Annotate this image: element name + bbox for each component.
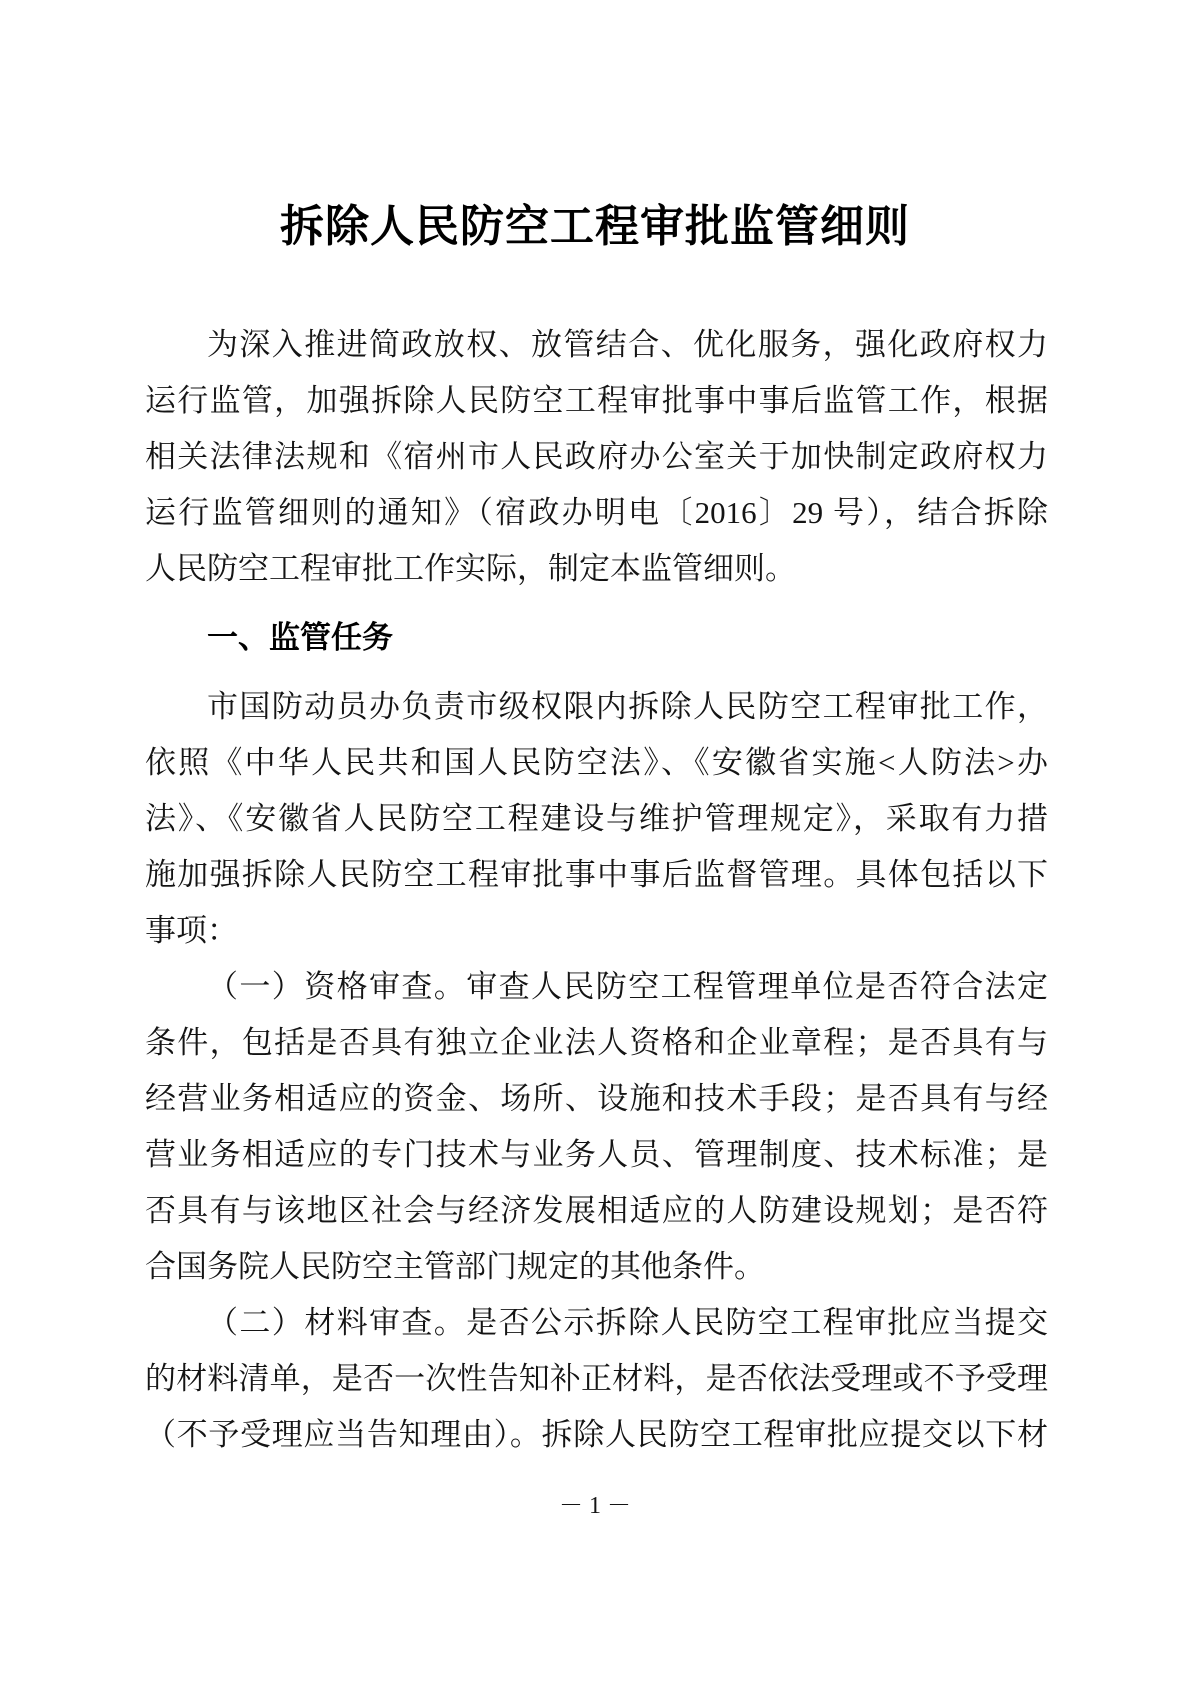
paragraph: 市国防动员办负责市级权限内拆除人民防空工程审批工作，依照《中华人民共和国人民防空…: [145, 679, 1048, 959]
text-line: 法》、《安徽省人民防空工程建设与维护管理规定》，采取有力措: [145, 791, 1048, 847]
text-line: 条件，包括是否具有独立企业法人资格和企业章程；是否具有与: [145, 1015, 1048, 1071]
text-line: 市国防动员办负责市级权限内拆除人民防空工程审批工作，: [145, 679, 1048, 735]
text-line: 依照《中华人民共和国人民防空法》、《安徽省实施<人防法>办: [145, 735, 1048, 791]
page-number: － 1 －: [0, 1492, 1190, 1520]
document-page: 拆除人民防空工程审批监管细则 为深入推进简政放权、放管结合、优化服务，强化政府权…: [0, 0, 1190, 1683]
text-line: 事项：: [145, 903, 1048, 959]
text-line: 合国务院人民防空主管部门规定的其他条件。: [145, 1239, 1048, 1295]
text-line: （不予受理应当告知理由）。拆除人民防空工程审批应提交以下材: [145, 1407, 1048, 1463]
text-line: 的材料清单，是否一次性告知补正材料，是否依法受理或不予受理: [145, 1351, 1048, 1407]
text-line: 相关法律法规和《宿州市人民政府办公室关于加快制定政府权力: [145, 429, 1048, 485]
text-line: 运行监管，加强拆除人民防空工程审批事中事后监管工作，根据: [145, 373, 1048, 429]
text-line: 为深入推进简政放权、放管结合、优化服务，强化政府权力: [145, 317, 1048, 373]
text-line: 施加强拆除人民防空工程审批事中事后监督管理。具体包括以下: [145, 847, 1048, 903]
text-line: 经营业务相适应的资金、场所、设施和技术手段；是否具有与经: [145, 1071, 1048, 1127]
text-line: （二）材料审查。是否公示拆除人民防空工程审批应当提交: [145, 1295, 1048, 1351]
text-line: 否具有与该地区社会与经济发展相适应的人防建设规划；是否符: [145, 1183, 1048, 1239]
page-title: 拆除人民防空工程审批监管细则: [0, 190, 1190, 254]
text-line: （一）资格审查。审查人民防空工程管理单位是否符合法定: [145, 959, 1048, 1015]
text-line: 营业务相适应的专门技术与业务人员、管理制度、技术标准；是: [145, 1127, 1048, 1183]
paragraph: （一）资格审查。审查人民防空工程管理单位是否符合法定条件，包括是否具有独立企业法…: [145, 959, 1048, 1295]
text-line: 一、监管任务: [145, 610, 1048, 666]
paragraph: （二）材料审查。是否公示拆除人民防空工程审批应当提交的材料清单，是否一次性告知补…: [145, 1295, 1048, 1463]
section-heading: 一、监管任务: [145, 610, 1048, 666]
document-body: 为深入推进简政放权、放管结合、优化服务，强化政府权力运行监管，加强拆除人民防空工…: [145, 317, 1048, 1463]
text-line: 运行监管细则的通知》（宿政办明电〔2016〕29 号），结合拆除: [145, 485, 1048, 541]
text-line: 人民防空工程审批工作实际，制定本监管细则。: [145, 541, 1048, 597]
paragraph: 为深入推进简政放权、放管结合、优化服务，强化政府权力运行监管，加强拆除人民防空工…: [145, 317, 1048, 597]
